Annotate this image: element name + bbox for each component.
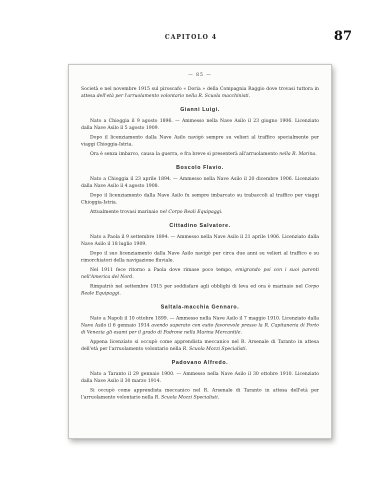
paragraph: Dopo il suo licenziamento dalla Nave Asi… bbox=[81, 250, 319, 264]
paragraph: Nato a Paola il 9 settembre 1894. — Amme… bbox=[81, 234, 319, 248]
paragraph: Nato a Napoli il 10 ottobre 1899. — Amme… bbox=[81, 315, 319, 336]
body-text: Nato a Taranto il 29 gennaio 1900. — Amm… bbox=[81, 371, 319, 384]
page-number: 87 bbox=[334, 29, 352, 44]
entry-heading: Saltala-macchia Gennaro. bbox=[81, 304, 319, 311]
italic-text: dell'età per l'arruolamento volontario n… bbox=[97, 93, 250, 99]
scan-text-flow: Società e nel novembre 1915 sul piroscaf… bbox=[81, 86, 319, 402]
body-text: Dopo il licenziamento dalla Nave Asilo n… bbox=[81, 135, 319, 148]
body-text: Dopo il suo licenziamento dalla Nave Asi… bbox=[81, 251, 319, 264]
entry-heading: Boscolo Flavio. bbox=[81, 164, 319, 171]
paragraph: Nel 1911 fece ritorno a Paola dove rimas… bbox=[81, 267, 319, 281]
entry-heading: Padovano Alfredo. bbox=[81, 359, 319, 366]
paragraph: Rimpatriò nel settembre 1915 per soddisf… bbox=[81, 283, 319, 297]
body-text: Nato a Paola il 9 settembre 1894. — Amme… bbox=[81, 234, 319, 247]
scan-page-marker: — 85 — bbox=[81, 72, 319, 79]
paragraph: Nato a Chioggia il 23 aprile 1894. — Amm… bbox=[81, 176, 319, 190]
paragraph: Nato a Chioggia il 9 agosto 1896. — Amme… bbox=[81, 118, 319, 132]
body-text: Nato a Chioggia il 9 agosto 1896. — Amme… bbox=[81, 118, 319, 131]
paragraph: Si occupò come apprendista meccanico nel… bbox=[81, 387, 319, 401]
body-text: Attualmente trovasi marinaio bbox=[90, 209, 160, 215]
body-text: Dopo il licenziamento dalla Nave Asilo f… bbox=[81, 193, 319, 206]
entry-heading: Cittadino Salvatore. bbox=[81, 222, 319, 229]
paragraph: Società e nel novembre 1915 sul piroscaf… bbox=[81, 86, 319, 100]
scan-content: — 85 — Società e nel novembre 1915 sul p… bbox=[69, 65, 331, 438]
scanned-page: — 85 — Società e nel novembre 1915 sul p… bbox=[68, 64, 332, 439]
body-text: Nel 1911 fece ritorno a Paola dove rimas… bbox=[90, 267, 235, 273]
paragraph: Appena licenziato si occupò come apprend… bbox=[81, 339, 319, 353]
chapter-header: CAPITOLO 4 bbox=[0, 34, 382, 41]
italic-text: nel Corpo Reali Equipaggi. bbox=[160, 209, 223, 215]
body-text: Ora è senza imbarco, causa la guerra, e … bbox=[90, 151, 279, 157]
entry-heading: Gianni Luigi. bbox=[81, 106, 319, 113]
paragraph: Nato a Taranto il 29 gennaio 1900. — Amm… bbox=[81, 371, 319, 385]
paragraph: Attualmente trovasi marinaio nel Corpo R… bbox=[81, 209, 319, 216]
body-text: Rimpatriò nel settembre 1915 per soddisf… bbox=[90, 284, 305, 290]
paragraph: Ora è senza imbarco, causa la guerra, e … bbox=[81, 151, 319, 158]
paragraph: Dopo il licenziamento dalla Nave Asilo f… bbox=[81, 192, 319, 206]
paragraph: Dopo il licenziamento dalla Nave Asilo n… bbox=[81, 134, 319, 148]
italic-text: R. Scuola Mozzi Specialisti. bbox=[155, 395, 219, 401]
italic-text: nella R. Marina. bbox=[279, 151, 316, 157]
italic-text: R. Scuola Mozzi Specialisti. bbox=[183, 346, 247, 352]
body-text: Nato a Chioggia il 23 aprile 1894. — Amm… bbox=[81, 176, 319, 189]
